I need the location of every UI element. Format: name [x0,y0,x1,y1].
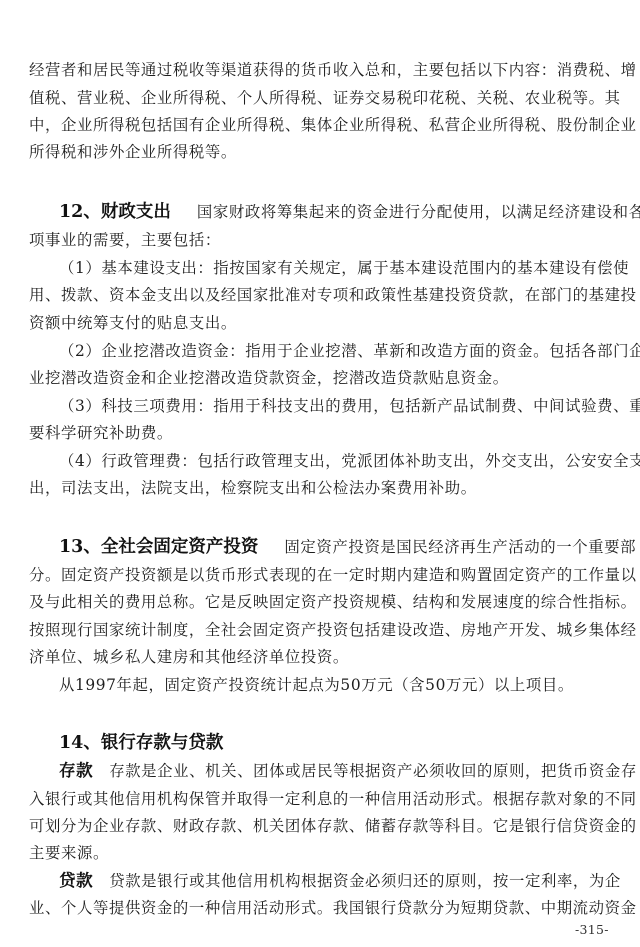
deposit-line-4: 主要来源。 [29,843,613,863]
section-14-heading: 14、银行存款与贷款 [59,733,613,753]
section-12-text-1: 国家财政将筹集起来的资金进行分配使用，以满足经济建设和各 [197,203,640,221]
intro-line-4: 所得税和涉外企业所得税等。 [29,142,613,162]
loan-term: 贷款 [59,871,93,890]
section-13-line-3: 及与此相关的费用总称。它是反映固定资产投资规模、结构和发展速度的综合性指标。 [29,592,613,612]
item-2-line-2: 业挖潜改造资金和企业挖潜改造贷款资金，挖潜改造贷款贴息资金。 [29,368,613,388]
loan-line-2: 业、个人等提供资金的一种信用活动形式。我国银行贷款分为短期贷款、中期流动资金 [29,898,613,918]
intro-line-2: 值税、营业税、企业所得税、个人所得税、证券交易税印花税、关税、农业税等。其 [29,88,613,108]
loan-first-line: 贷款贷款是银行或其他信用机构根据资金必须归还的原则，按一定利率，为企 [59,871,613,891]
item-2-line-1: （2）企业挖潜改造资金：指用于企业挖潜、革新和改造方面的资金。包括各部门企 [59,341,613,361]
intro-line-3: 中，企业所得税包括国有企业所得税、集体企业所得税、私营企业所得税、股份制企业 [29,115,613,135]
deposit-first-line: 存款存款是企业、机关、团体或居民等根据资产必须收回的原则，把货币资金存 [59,761,613,781]
item-1-line-1: （1）基本建设支出：指按国家有关规定，属于基本建设范围内的基本建设有偿使 [59,258,613,278]
section-12-line-2: 项事业的需要，主要包括： [29,230,613,250]
section-13-note: 从1997年起，固定资产投资统计起点为50万元（含50万元）以上项目。 [59,675,613,695]
item-4-line-1: （4）行政管理费：包括行政管理支出，党派团体补助支出，外交支出，公安安全支 [59,451,613,471]
section-12-first-line: 12、财政支出国家财政将筹集起来的资金进行分配使用，以满足经济建设和各 [59,202,613,222]
deposit-line-2: 入银行或其他信用机构保管并取得一定利息的一种信用活动形式。根据存款对象的不同 [29,789,613,809]
section-13-heading: 13、全社会固定资产投资 [59,537,258,557]
intro-line-1: 经营者和居民等通过税收等渠道获得的货币收入总和，主要包括以下内容：消费税、增 [29,60,613,80]
item-1-line-3: 资额中统筹支付的贴息支出。 [29,313,613,333]
section-13-text-1: 固定资产投资是国民经济再生产活动的一个重要部 [284,538,636,556]
deposit-line-3: 可划分为企业存款、财政存款、机关团体存款、储蓄存款等科目。它是银行信贷资金的 [29,816,613,836]
section-13-line-2: 分。固定资产投资额是以货币形式表现的在一定时期内建造和购置固定资产的工作量以 [29,565,613,585]
deposit-text-1: 存款是企业、机关、团体或居民等根据资产必须收回的原则，把货币资金存 [109,762,637,780]
item-4-line-2: 出，司法支出，法院支出，检察院支出和公检法办案费用补助。 [29,478,613,498]
item-1-line-2: 用、拨款、资本金支出以及经国家批准对专项和政策性基建投资贷款，在部门的基建投 [29,285,613,305]
page-number: -315- [575,922,609,937]
section-12-heading: 12、财政支出 [59,202,171,222]
document-page: 经营者和居民等通过税收等渠道获得的货币收入总和，主要包括以下内容：消费税、增 值… [0,0,640,947]
item-3-line-2: 要科学研究补助费。 [29,423,613,443]
item-3-line-1: （3）科技三项费用：指用于科技支出的费用，包括新产品试制费、中间试验费、重 [59,396,613,416]
deposit-term: 存款 [59,761,93,780]
section-13-line-4: 按照现行国家统计制度，全社会固定资产投资包括建设改造、房地产开发、城乡集体经 [29,620,613,640]
section-13-first-line: 13、全社会固定资产投资固定资产投资是国民经济再生产活动的一个重要部 [59,537,613,557]
loan-text-1: 贷款是银行或其他信用机构根据资金必须归还的原则，按一定利率，为企 [109,872,621,890]
section-13-line-5: 济单位、城乡私人建房和其他经济单位投资。 [29,647,613,667]
